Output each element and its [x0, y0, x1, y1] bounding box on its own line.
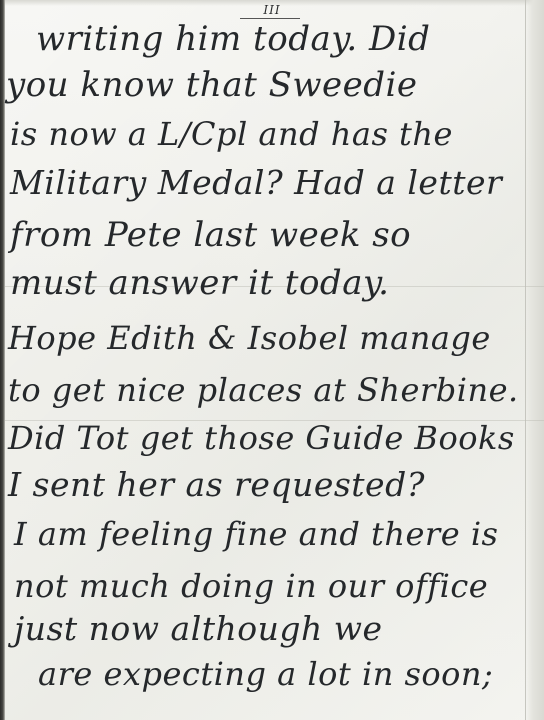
letter-line-6: must answer it today. [10, 266, 389, 300]
letter-line-4: Military Medal? Had a letter [10, 166, 502, 199]
letter-line-14: are expecting a lot in soon; [38, 658, 493, 690]
paper-left-edge [0, 0, 5, 720]
letter-line-9: Did Tot get those Guide Books [8, 422, 515, 454]
letter-line-12: not much doing in our office [14, 570, 488, 602]
paper-right-fold [525, 0, 544, 720]
letter-line-2: you know that Sweedie [6, 68, 417, 102]
letter-line-5: from Pete last week so [10, 218, 411, 252]
letter-line-7: Hope Edith & Isobel manage [8, 322, 491, 354]
letter-page: III writing him today. Did you know that… [0, 0, 544, 720]
letter-line-11: I am feeling fine and there is [14, 518, 498, 550]
letter-line-8: to get nice places at Sherbine. [8, 374, 519, 406]
letter-line-10: I sent her as requested? [8, 468, 425, 501]
letter-line-3: is now a L/Cpl and has the [10, 118, 453, 150]
page-number: III [244, 4, 300, 16]
letter-line-1: writing him today. Did [36, 22, 430, 56]
letter-line-13: just now although we [14, 612, 383, 645]
